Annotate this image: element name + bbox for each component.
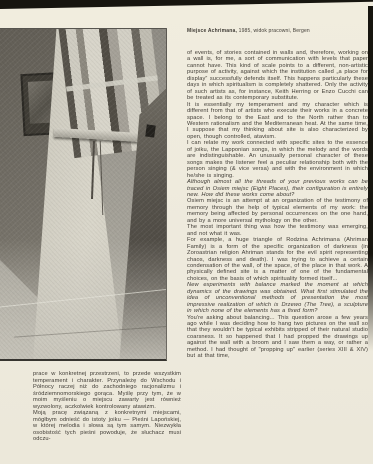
paragraph: Osiem miejsc is an attempt at an organiz…: [187, 198, 368, 224]
paragraph: prace w konkretnej przestrzeni, to przed…: [33, 371, 181, 410]
scan-border-right: [368, 6, 373, 351]
paragraph: of events, of stories contained in walls…: [187, 50, 368, 102]
photo-caption: Miejsce Achrimana, 1985, widok pracowni,…: [187, 28, 369, 34]
paragraph: Moją pracę związaną z konkretnymi miejsc…: [33, 410, 181, 443]
caption-work-title: Miejsce Achrimana,: [187, 28, 237, 34]
interview-question: New experiments with balance marked the …: [187, 282, 368, 314]
photo-film-grain: [0, 29, 166, 359]
paragraph: It is essentially my temperament and my …: [187, 102, 368, 141]
paragraph: For example, a huge triangle of Rodzina …: [187, 237, 368, 282]
studio-photograph: [0, 28, 167, 361]
page-background: Miejsce Achrimana, 1985, widok pracowni,…: [0, 0, 373, 464]
paragraph: I can relate my work connected with spec…: [187, 140, 368, 179]
text-column-polish: prace w konkretnej przestrzeni, to przed…: [33, 371, 181, 443]
caption-details: 1985, widok pracowni, Bergen: [237, 28, 310, 34]
text-column-english: of events, of stories contained in walls…: [187, 50, 368, 360]
interview-question: Although almost all the threads of your …: [187, 179, 368, 198]
scanned-catalog-page: Miejsce Achrimana, 1985, widok pracowni,…: [0, 0, 373, 464]
paragraph: The most important thing was how the tes…: [187, 224, 368, 237]
paragraph: You're asking about balancing... This qu…: [187, 315, 368, 360]
